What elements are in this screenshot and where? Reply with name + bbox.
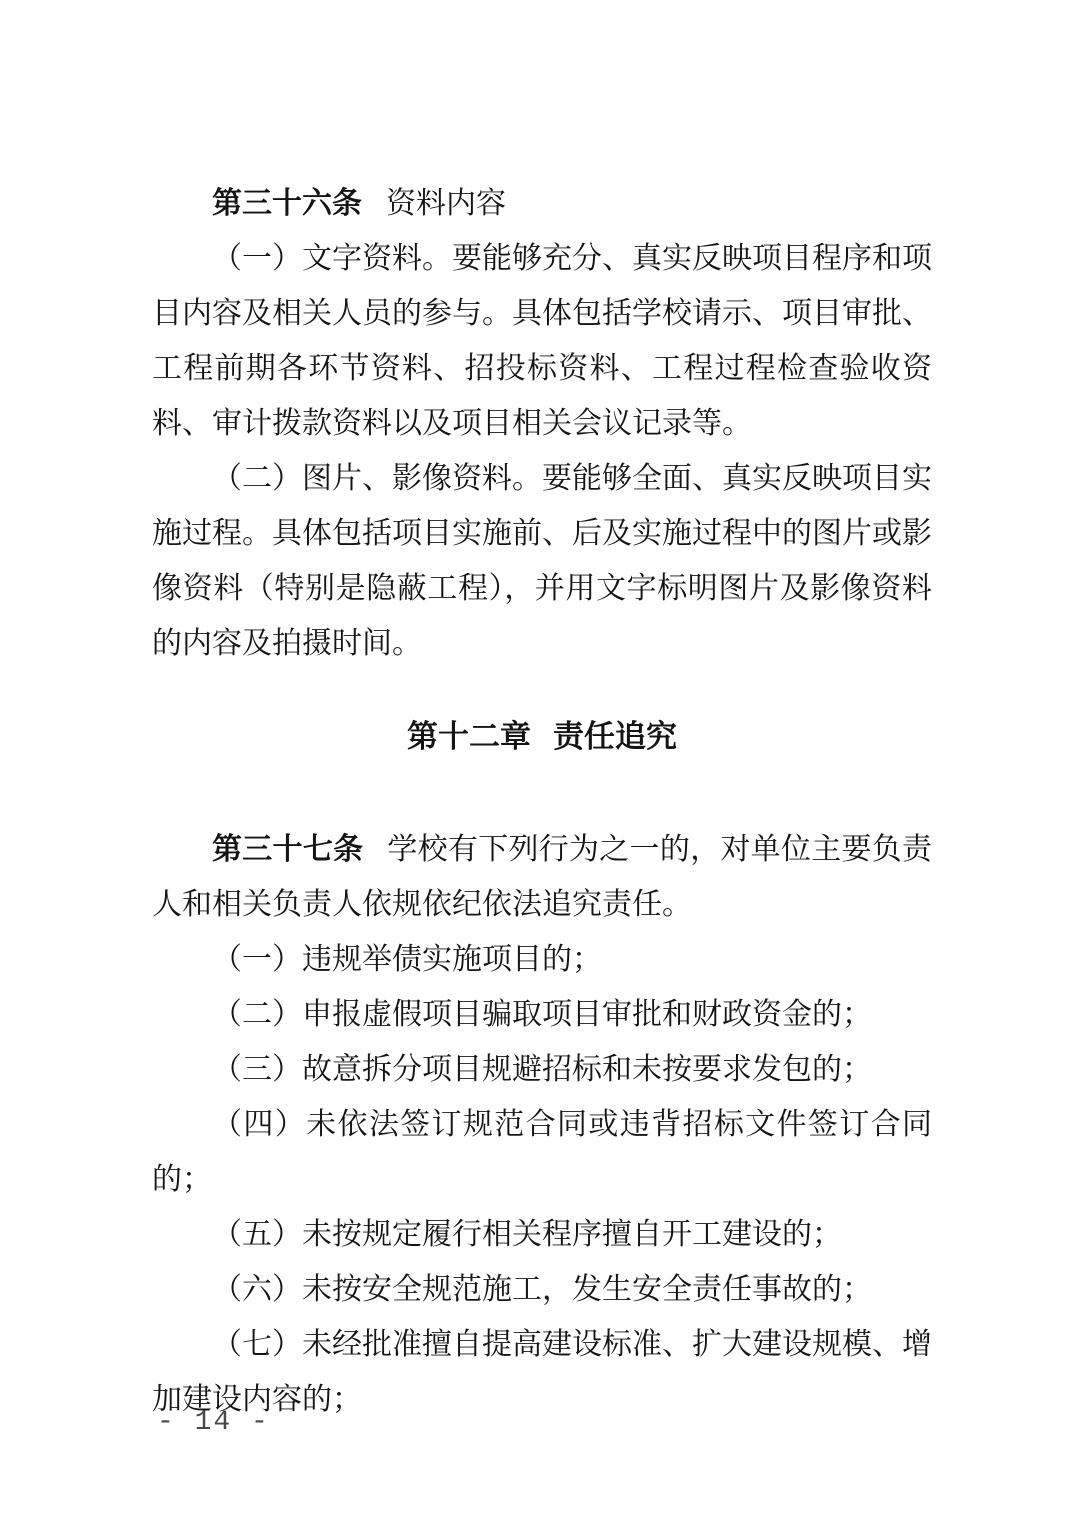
article-37-item-5: （五）未按规定履行相关程序擅自开工建设的；: [152, 1207, 932, 1262]
document-page: 第三十六条资料内容 （一）文字资料。要能够充分、真实反映项目程序和项目内容及相关…: [0, 0, 1074, 1520]
article-36-title: 资料内容: [386, 187, 506, 220]
article-37-lead: 第三十七条学校有下列行为之一的，对单位主要负责人和相关负责人依规依纪依法追究责任…: [152, 822, 932, 932]
chapter-heading: 第十二章责任追究: [152, 709, 932, 764]
article-37-item-1: （一）违规举债实施项目的；: [152, 932, 932, 987]
document-content: 第三十六条资料内容 （一）文字资料。要能够充分、真实反映项目程序和项目内容及相关…: [152, 176, 932, 1427]
page-number: - 14 -: [157, 1406, 270, 1440]
article-37-item-6: （六）未按安全规范施工，发生安全责任事故的；: [152, 1262, 932, 1317]
article-37-item-2: （二）申报虚假项目骗取项目审批和财政资金的；: [152, 987, 932, 1042]
chapter-title: 责任追究: [553, 719, 677, 754]
article-37-item-4: （四）未依法签订规范合同或违背招标文件签订合同的；: [152, 1097, 932, 1207]
article-36-label: 第三十六条: [212, 187, 362, 220]
article-36-heading: 第三十六条资料内容: [152, 176, 932, 231]
article-36-paragraph-1: （一）文字资料。要能够充分、真实反映项目程序和项目内容及相关人员的参与。具体包括…: [152, 231, 932, 451]
article-37-item-3: （三）故意拆分项目规避招标和未按要求发包的；: [152, 1042, 932, 1097]
article-37-label: 第三十七条: [212, 833, 363, 866]
chapter-label: 第十二章: [407, 719, 531, 754]
article-36-paragraph-2: （二）图片、影像资料。要能够全面、真实反映项目实施过程。具体包括项目实施前、后及…: [152, 451, 932, 671]
